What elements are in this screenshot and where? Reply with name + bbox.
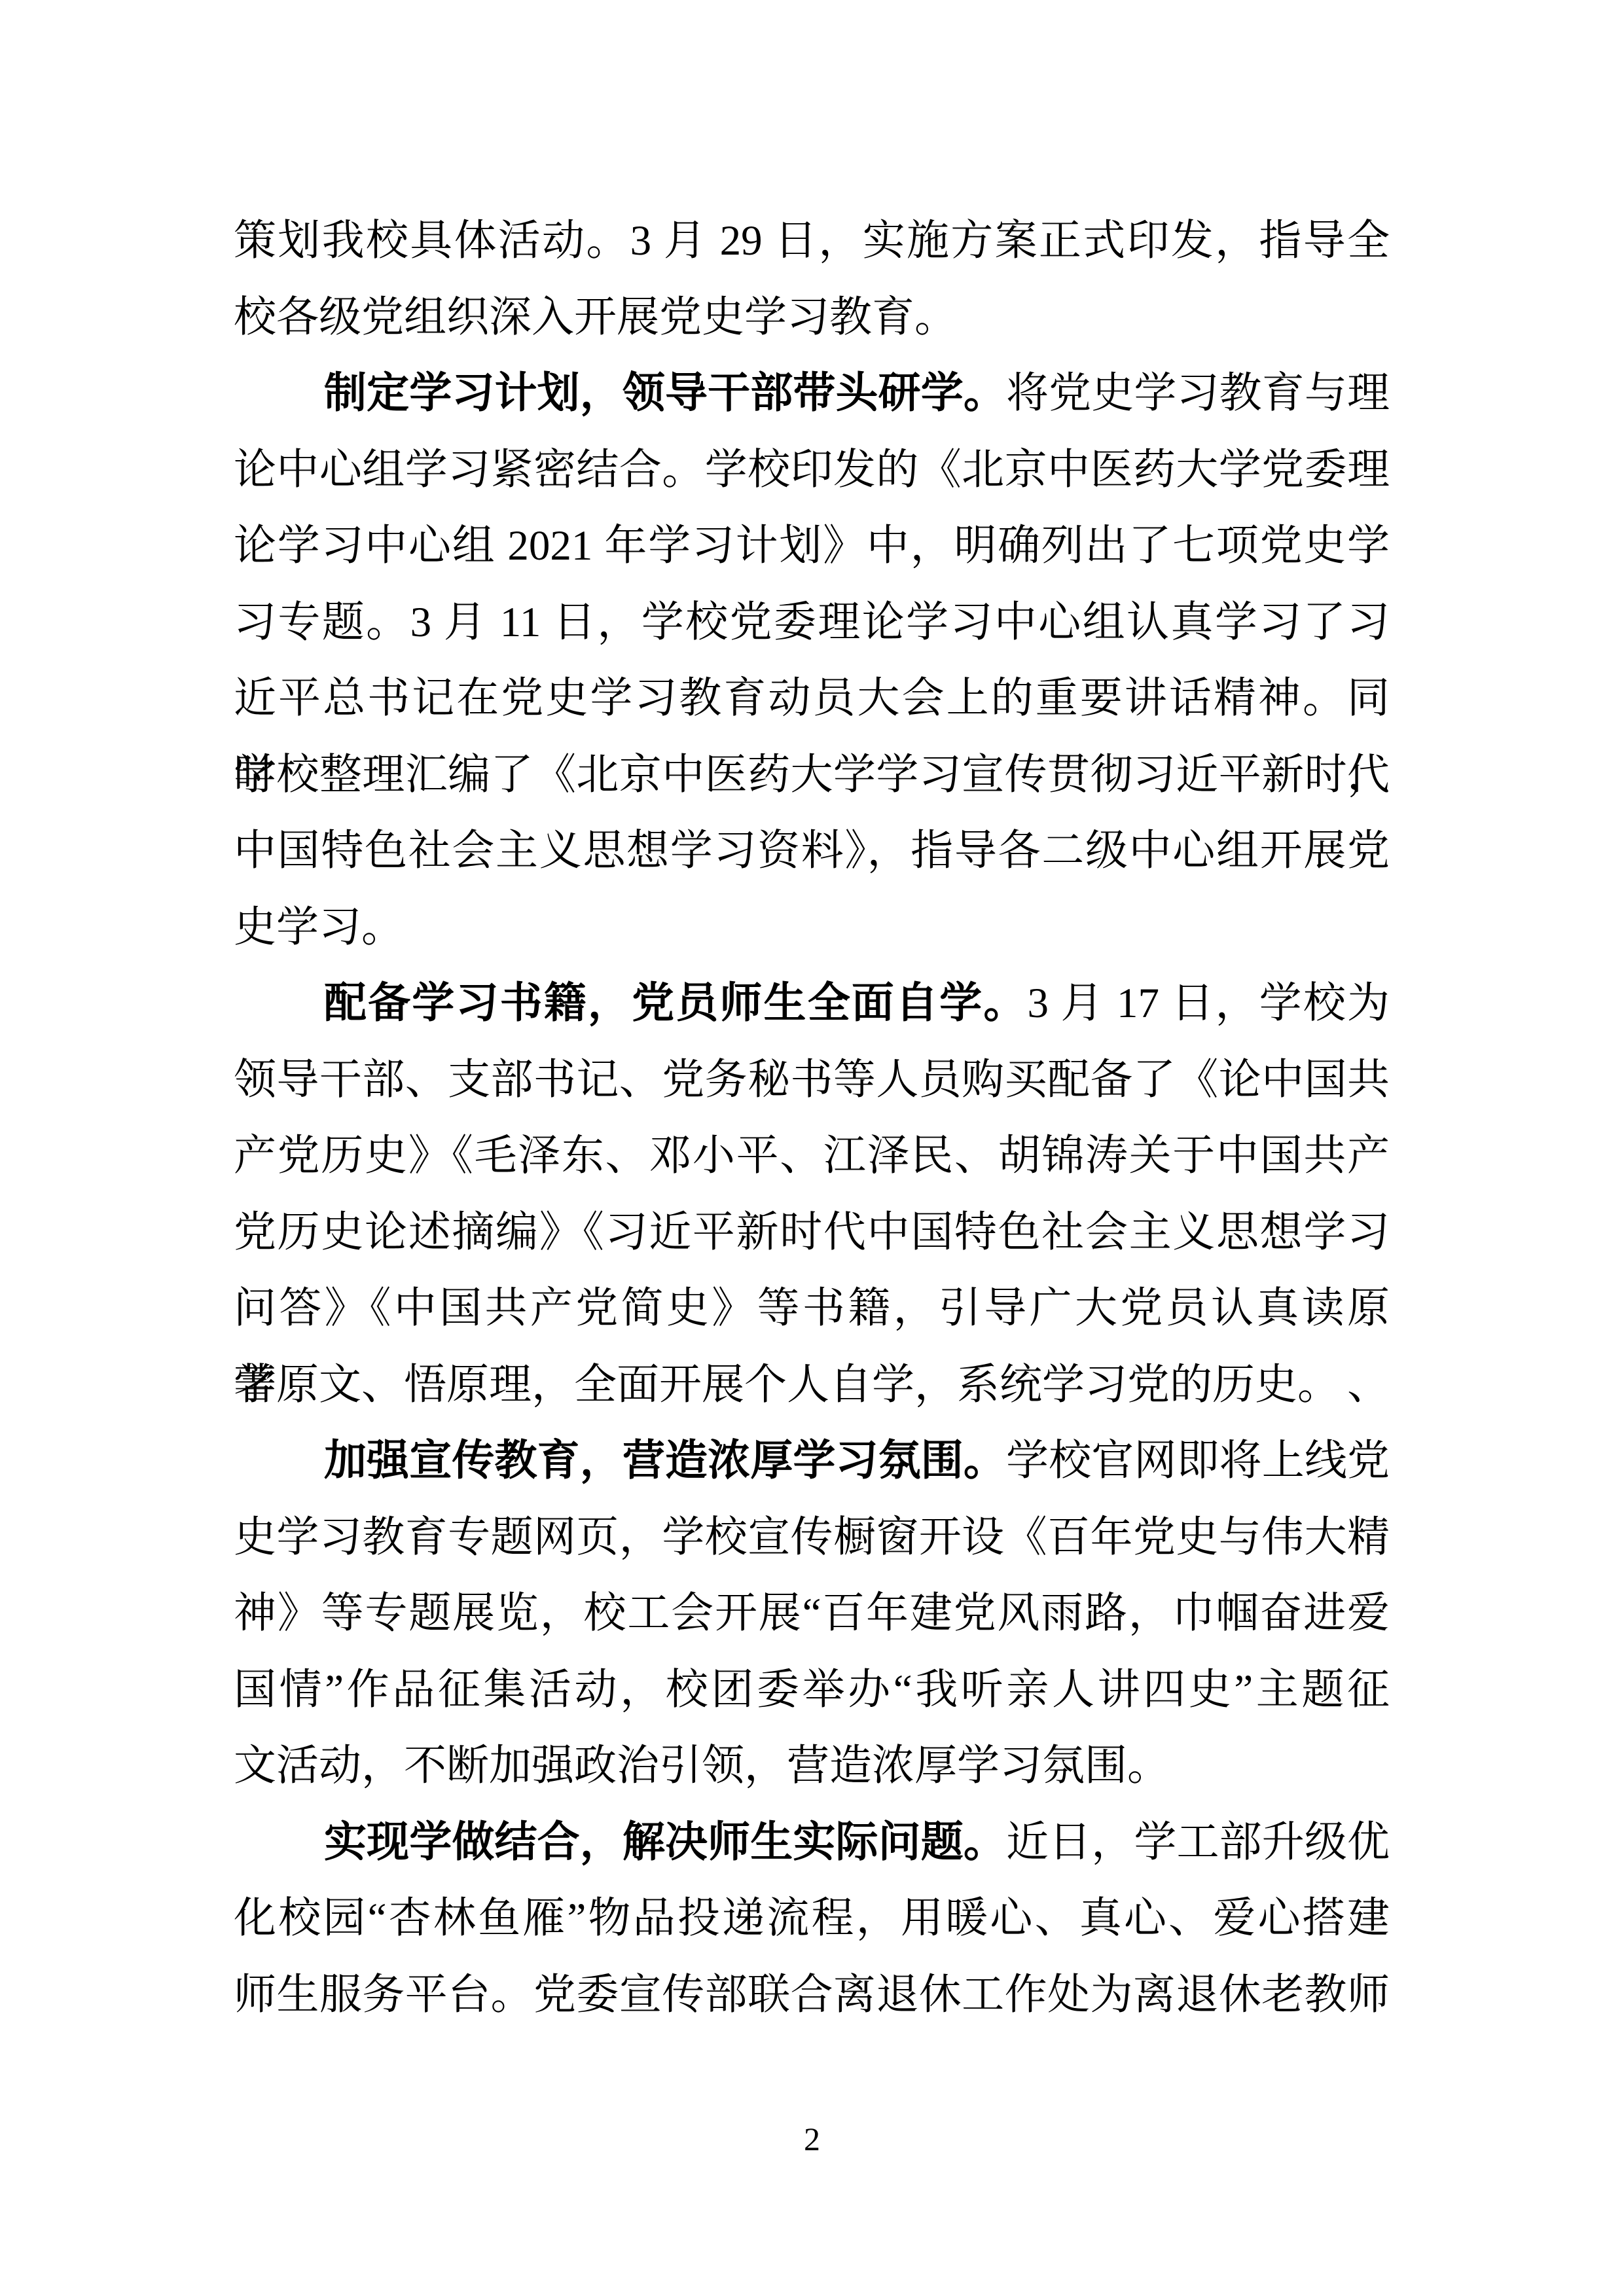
body-text: 论中心组学习紧密结合。学校印发的《北京中医药大学党委理 [234,446,1390,493]
text-line: 史学习教育专题网页，学校宣传橱窗开设《百年党史与伟大精 [234,1499,1390,1576]
text-line: 文活动，不断加强政治引领，营造浓厚学习氛围。 [234,1728,1390,1804]
paragraph-lead-text: 加强宣传教育，营造浓厚学习氛围。 [324,1437,1006,1484]
body-text: 策划我校具体活动。3 月 29 日，实施方案正式印发，指导全 [234,217,1390,264]
document-body: 策划我校具体活动。3 月 29 日，实施方案正式印发，指导全校各级党组织深入开展… [234,203,1390,2033]
body-text: 党历史论述摘编》《习近平新时代中国特色社会主义思想学习 [234,1209,1390,1256]
body-text: 学校整理汇编了《北京中医药大学学习宣传贯彻习近平新时代 [234,751,1390,798]
body-text: 师生服务平台。党委宣传部联合离退休工作处为离退休老教师 [234,1971,1390,2018]
body-text: 化校园“杏林鱼雁”物品投递流程，用暖心、真心、爱心搭建 [234,1895,1390,1942]
body-text: 近日，学工部升级优 [1006,1819,1390,1866]
paragraph-lead-text: 制定学习计划，领导干部带头研学。 [324,370,1006,417]
text-line: 校各级党组织深入开展党史学习教育。 [234,279,1390,356]
text-line: 史学习。 [234,889,1390,966]
body-text: 史学习。 [234,904,404,951]
text-line: 习专题。3 月 11 日，学校党委理论学习中心组认真学习了习 [234,584,1390,661]
body-text: 神》等专题展览，校工会开展“百年建党风雨路，巾帼奋进爱 [234,1590,1390,1637]
text-line: 实现学做结合，解决师生实际问题。近日，学工部升级优 [234,1804,1390,1881]
document-page: 策划我校具体活动。3 月 29 日，实施方案正式印发，指导全校各级党组织深入开展… [0,0,1624,2296]
text-line: 中国特色社会主义思想学习资料》，指导各二级中心组开展党 [234,813,1390,889]
text-line: 近平总书记在党史学习教育动员大会上的重要讲话精神。同时， [234,660,1390,737]
body-text: 领导干部、支部书记、党务秘书等人员购买配备了《论中国共 [234,1056,1390,1103]
text-line: 问答》《中国共产党简史》等书籍，引导广大党员认真读原著、 [234,1270,1390,1347]
text-line: 领导干部、支部书记、党务秘书等人员购买配备了《论中国共 [234,1042,1390,1119]
text-line: 化校园“杏林鱼雁”物品投递流程，用暖心、真心、爱心搭建 [234,1880,1390,1957]
page-number: 2 [0,2119,1624,2159]
body-text: 校各级党组织深入开展党史学习教育。 [234,294,957,341]
text-line: 论中心组学习紧密结合。学校印发的《北京中医药大学党委理 [234,432,1390,509]
text-line: 党历史论述摘编》《习近平新时代中国特色社会主义思想学习 [234,1194,1390,1271]
body-text: 习专题。3 月 11 日，学校党委理论学习中心组认真学习了习 [234,599,1390,646]
body-text: 史学习教育专题网页，学校宣传橱窗开设《百年党史与伟大精 [234,1514,1390,1561]
text-line: 国情”作品征集活动，校团委举办“我听亲人讲四史”主题征 [234,1652,1390,1729]
body-text: 3 月 17 日，学校为 [1027,980,1390,1027]
body-text: 论学习中心组 2021 年学习计划》中，明确列出了七项党史学 [234,522,1390,569]
body-text: 学校官网即将上线党 [1006,1437,1390,1484]
paragraph-lead-text: 配备学习书籍，党员师生全面自学。 [324,980,1027,1027]
body-text: 产党历史》《毛泽东、邓小平、江泽民、胡锦涛关于中国共产 [234,1132,1390,1179]
body-text: 将党史学习教育与理 [1006,370,1390,417]
text-line: 加强宣传教育，营造浓厚学习氛围。学校官网即将上线党 [234,1423,1390,1499]
paragraph-lead-text: 实现学做结合，解决师生实际问题。 [324,1819,1006,1866]
body-text: 学原文、悟原理，全面开展个人自学，系统学习党的历史。 [234,1361,1340,1408]
body-text: 中国特色社会主义思想学习资料》，指导各二级中心组开展党 [234,827,1390,874]
text-line: 师生服务平台。党委宣传部联合离退休工作处为离退休老教师 [234,1957,1390,2034]
text-line: 学校整理汇编了《北京中医药大学学习宣传贯彻习近平新时代 [234,737,1390,814]
text-line: 配备学习书籍，党员师生全面自学。3 月 17 日，学校为 [234,965,1390,1042]
text-line: 学原文、悟原理，全面开展个人自学，系统学习党的历史。 [234,1347,1390,1424]
body-text: 国情”作品征集活动，校团委举办“我听亲人讲四史”主题征 [234,1666,1390,1713]
text-line: 产党历史》《毛泽东、邓小平、江泽民、胡锦涛关于中国共产 [234,1118,1390,1194]
text-line: 策划我校具体活动。3 月 29 日，实施方案正式印发，指导全 [234,203,1390,279]
text-line: 论学习中心组 2021 年学习计划》中，明确列出了七项党史学 [234,508,1390,584]
text-line: 制定学习计划，领导干部带头研学。将党史学习教育与理 [234,355,1390,432]
body-text: 文活动，不断加强政治引领，营造浓厚学习氛围。 [234,1742,1170,1789]
text-line: 神》等专题展览，校工会开展“百年建党风雨路，巾帼奋进爱 [234,1575,1390,1652]
